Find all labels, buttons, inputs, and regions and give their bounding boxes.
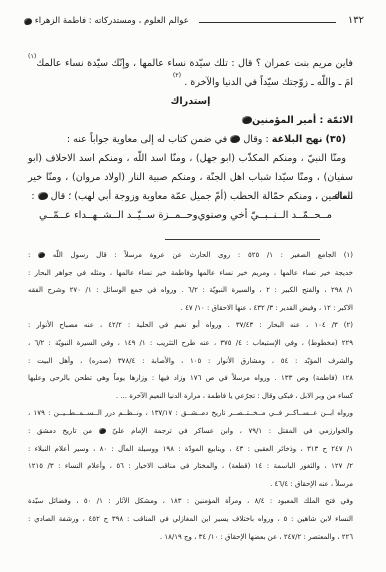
hadith-text-1: فاين مريم بنت عمران ؟ قال : تلك سيّدة نس…	[36, 58, 353, 69]
poetry-verse: مــحــمّــد الــنــبــيّ أخي وصنوي وحــم…	[28, 206, 353, 225]
header-rule	[199, 22, 336, 23]
footnote-line: ٢٢٩ (مخطوط) ، وفي الإستيعاب : ٤/ ٣٧٥ ، ع…	[28, 335, 353, 353]
entry-lead-rest: في ضمن كتاب له إلى معاوية جواباً عنه :	[67, 134, 227, 145]
footnote-line: (٢) ٣/ ١٠٤ ، عنه البحار : ٣٧/٤٣ . ورواه …	[28, 317, 353, 335]
footnote-line: ١٢٨ (فاطمة) وص ١٣٣ . ورواه مرسلاً في ص ١…	[28, 370, 353, 388]
footnote-line: ١/ ٢٩٨ ، والفتح الكبير : ٢ ، والسيرة الن…	[28, 282, 353, 300]
honorific-stamp-icon	[230, 135, 240, 143]
honorific-stamp-icon	[38, 252, 45, 258]
hadith-text-2: امَ ـ واللّه ـ زوّجتك سيّداً في الدنيا و…	[184, 77, 353, 88]
footnote-line: ٢/ ١٢٧ ، والثغور الباسمة : ١٤ (قطعة) ، و…	[28, 458, 353, 476]
footnote-line: وفي فتح الملك المعبود : ٨/٤ ، ومرآة المؤ…	[28, 493, 353, 511]
footnote-line: والخوارزمي في المقتل : ٧٩/١ ، وابن عساكر…	[28, 423, 353, 441]
footnote-line: ١/ ٢٤٧ ح ٣١٣ ، وذخائر العقبى : ٤٣ ، وينا…	[28, 441, 353, 459]
footnote-1-start: (١) الجامع الصغير : ١/ ٥٢٥ : روى الحارث …	[53, 251, 353, 259]
quote-text-3: العالمين ، ومنكم حمّالة الحطب (أمّ جميل …	[51, 191, 353, 202]
footnote-line: ورواه ابــن عــســاكــر فــي مــخــتــصـ…	[28, 405, 353, 423]
honorific-stamp-icon	[99, 428, 106, 434]
hadith-line-1: فاين مريم بنت عمران ؟ قال : تلك سيّدة نس…	[28, 54, 353, 73]
page-number: ١٣٢	[348, 13, 364, 29]
page-body: فاين مريم بنت عمران ؟ قال : تلك سيّدة نس…	[28, 54, 353, 225]
entry-source: نهج البلاغة	[272, 134, 323, 145]
footnotes-block: (١) الجامع الصغير : ١/ ٥٢٥ : روى الحارث …	[28, 247, 353, 546]
running-title: عوالم العلوم ، ومستدركاته : فاطمة الزهرا…	[24, 13, 189, 29]
poetry-hemistich-left: وحــمــزة ســيّــد الــشــهــداء عــمّــ…	[39, 206, 198, 225]
chapter-name: أمير المؤمنين	[252, 115, 316, 126]
honorific-stamp-icon	[242, 116, 252, 124]
footnote-2-line7-tail: من تاريخ دمشق :	[28, 427, 92, 435]
page-header: ١٣٢ عوالم العلوم ، ومستدركاته : فاطمة ال…	[24, 13, 364, 29]
footnote-marker-2: (٢)	[173, 72, 181, 79]
book-page: ١٣٢ عوالم العلوم ، ومستدركاته : فاطمة ال…	[0, 0, 386, 572]
footnote-line: الاكبر : ١٢ ، وفيض القدير : ٣/ ٤٣٢ ، عنه…	[28, 300, 353, 318]
honorific-stamp-icon	[38, 192, 48, 200]
quote-line-3: العالمين ، ومنكم حمّالة الحطب (أمّ جميل …	[28, 187, 353, 206]
footnote-line: مرسلاً ، عنه الإحقاق : ٤٦/٤ .	[28, 476, 353, 494]
footnote-line: (١) الجامع الصغير : ١/ ٥٢٥ : روى الحارث …	[28, 247, 353, 265]
chapter-label: الائمّة :	[320, 115, 353, 126]
quote-text-3-tail: :	[31, 191, 34, 202]
footnote-separator	[165, 239, 320, 240]
entry-heading-line: (٣٥) نهج البلاغة : وقال في ضمن كتاب له إ…	[28, 130, 353, 149]
running-title-text: عوالم العلوم ، ومستدركاته : فاطمة الزهرا…	[35, 16, 189, 26]
footnote-line: خديجة خير نساء عالمها ، ومريم خير نساء ع…	[28, 265, 353, 283]
section-heading: إستدراك	[28, 92, 353, 111]
footnote-1-start-tail: :	[28, 251, 30, 259]
honorific-stamp-icon	[24, 18, 32, 25]
entry-number: (٣٥)	[326, 134, 347, 145]
entry-lead: : وقال	[243, 134, 268, 145]
footnote-line: كساء من وبر الابل ، فبكى وقال : تجرّعي ي…	[28, 388, 353, 406]
quote-line-2: سفيان) ، ومنّا سيّدا شباب اهل الجنّة ، و…	[28, 168, 353, 187]
quote-line-1: ومنّا النبيّ ، ومنكم المكذّب (ابو جهل) ،…	[28, 149, 353, 168]
footnote-line: ٢٢٦ ، والمعتصر : ٢٤٧/٢ ، عن بعضها الإحقا…	[28, 529, 353, 547]
poetry-hemistich-right: مــحــمّــد الــنــبــيّ أخي وصنوي	[198, 206, 332, 225]
footnote-marker-1: (١)	[28, 53, 36, 60]
footnote-line: النساء لابن شاهين : ٥ ، ورواه باختلاف يس…	[28, 511, 353, 529]
footnote-line: والشرف المؤبّد : ٥٤ ، ومشارق الأنوار : ١…	[28, 353, 353, 371]
footnote-2-line7: والخوارزمي في المقتل : ٧٩/١ ، وابن عساكر…	[112, 427, 353, 435]
hadith-line-2: امَ ـ واللّه ـ زوّجتك سيّداً في الدنيا و…	[28, 73, 353, 92]
chapter-line: الائمّة : أمير المؤمنين	[28, 111, 353, 130]
